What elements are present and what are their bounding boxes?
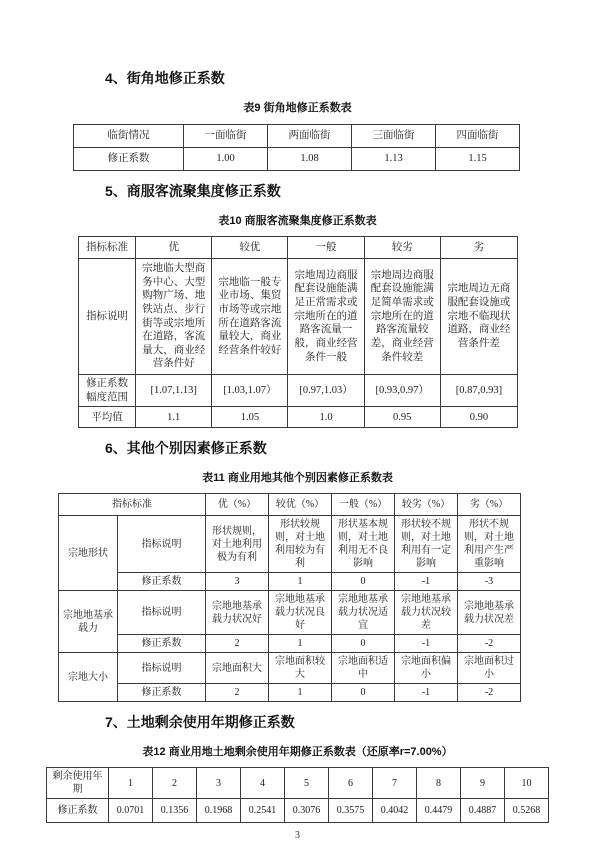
group-label-cell: 宗地形状 <box>59 516 118 591</box>
row-label-cell: 指标说明 <box>79 259 136 375</box>
table11: 指标标准 优（%） 较优（%） 一般（%） 较劣（%） 劣（%） 宗地形状 指标… <box>58 493 521 702</box>
table-cell: 0 <box>332 635 395 653</box>
table-cell: 宗地周边商服配套设施能满足简单需求或宗地所在的道路客流量较差，商业经营条件较差 <box>364 259 440 375</box>
table-cell: 宗地地基承载力状况好 <box>206 591 269 635</box>
table-header-cell: 指标标准 <box>79 237 136 259</box>
table-cell: [1.07,1.13] <box>136 375 212 407</box>
table-cell: 宗地地基承载力状况良好 <box>269 591 332 635</box>
table-cell: -1 <box>395 635 458 653</box>
table-cell: 1 <box>269 684 332 702</box>
table-cell: 0.2541 <box>241 799 285 823</box>
table-row: 临街情况 一面临街 两面临街 三面临街 四面临街 <box>74 125 520 148</box>
document-page: 4、街角地修正系数 表9 街角地修正系数表 临街情况 一面临街 两面临街 三面临… <box>0 0 595 841</box>
table-cell: 0.4479 <box>417 799 461 823</box>
table-cell: 2 <box>206 635 269 653</box>
row-label-cell: 修正系数幅度范围 <box>79 375 136 407</box>
table-header-cell: 指标标准 <box>59 494 206 516</box>
table-row: 宗地地基承载力 指标说明 宗地地基承载力状况好 宗地地基承载力状况良好 宗地地基… <box>59 591 521 635</box>
table-cell: 0 <box>332 573 395 591</box>
table-header-cell: 7 <box>373 768 417 799</box>
table-header-cell: 一面临街 <box>184 125 268 148</box>
table-cell: 宗地周边无商服配套设施或宗地不临现状道路，商业经营条件差 <box>440 259 517 375</box>
table-cell: 1 <box>269 573 332 591</box>
table-cell: 宗地面积大 <box>206 653 269 684</box>
table-cell: 0.3575 <box>329 799 373 823</box>
table-cell: -2 <box>458 635 521 653</box>
table-cell: 1.00 <box>184 148 268 171</box>
table-header-cell: 较优（%） <box>269 494 332 516</box>
table-header-cell: 优（%） <box>206 494 269 516</box>
row-label-cell: 指标说明 <box>118 591 206 635</box>
row-label-cell: 指标说明 <box>118 516 206 573</box>
table10: 指标标准 优 较优 一般 较劣 劣 指标说明 宗地临大型商务中心、大型购物广场、… <box>78 236 518 428</box>
table-header-cell: 4 <box>241 768 285 799</box>
table-cell: 0.1356 <box>153 799 197 823</box>
table-header-cell: 9 <box>461 768 505 799</box>
table-cell: 0.90 <box>440 407 517 428</box>
table-cell: 1.08 <box>268 148 352 171</box>
table-cell: -1 <box>395 684 458 702</box>
row-label-cell: 平均值 <box>79 407 136 428</box>
table-row: 宗地大小 指标说明 宗地面积大 宗地面积较大 宗地面积适中 宗地面积偏小 宗地面… <box>59 653 521 684</box>
group-label-cell: 宗地地基承载力 <box>59 591 118 653</box>
row-label-cell: 修正系数 <box>47 799 109 823</box>
table-header-cell: 较劣 <box>364 237 440 259</box>
table-header-cell: 6 <box>329 768 373 799</box>
table-header-cell: 2 <box>153 768 197 799</box>
table-header-cell: 8 <box>417 768 461 799</box>
table-cell: 宗地临一般专业市场、集贸市场等或宗地所在道路客流量较大，商业经营条件较好 <box>212 259 288 375</box>
table-cell: 1.05 <box>212 407 288 428</box>
table-row: 修正系数 1.00 1.08 1.13 1.15 <box>74 148 520 171</box>
table-header-cell: 3 <box>197 768 241 799</box>
table-header-cell: 1 <box>109 768 153 799</box>
table-cell: 1 <box>269 635 332 653</box>
section-4-heading: 4、街角地修正系数 <box>105 0 595 88</box>
table-row: 指标标准 优 较优 一般 较劣 劣 <box>79 237 518 259</box>
table-cell: 0.0701 <box>109 799 153 823</box>
table-cell: 0.1968 <box>197 799 241 823</box>
table11-caption: 表11 商业用地其他个别因素修正系数表 <box>0 469 595 485</box>
table-row: 修正系数 2 1 0 -1 -2 <box>59 635 521 653</box>
table-cell: 1.15 <box>436 148 520 171</box>
table-header-cell: 临街情况 <box>74 125 184 148</box>
table-cell: 0.4042 <box>373 799 417 823</box>
table-cell: 1.13 <box>352 148 436 171</box>
table-cell: 0.95 <box>364 407 440 428</box>
table-header-cell: 10 <box>505 768 549 799</box>
table-cell: 宗地面积偏小 <box>395 653 458 684</box>
table-row: 宗地形状 指标说明 形状规则，对土地利用极为有利 形状较规则，对土地利用较为有利… <box>59 516 521 573</box>
table-row: 修正系数 3 1 0 -1 -3 <box>59 573 521 591</box>
table-row: 指标标准 优（%） 较优（%） 一般（%） 较劣（%） 劣（%） <box>59 494 521 516</box>
table-cell: 宗地地基承载力状况适宜 <box>332 591 395 635</box>
row-label-cell: 指标说明 <box>118 653 206 684</box>
table-header-cell: 优 <box>136 237 212 259</box>
table-row: 指标说明 宗地临大型商务中心、大型购物广场、地铁站点、步行街等或宗地所在道路，客… <box>79 259 518 375</box>
table-cell: -2 <box>458 684 521 702</box>
table-cell: 形状不规则，对土地利用产生严重影响 <box>458 516 521 573</box>
table-cell: 形状较规则，对土地利用较为有利 <box>269 516 332 573</box>
table-cell: 2 <box>206 684 269 702</box>
table-cell: 0 <box>332 684 395 702</box>
table-cell: 1.0 <box>288 407 364 428</box>
table-header-cell: 较优 <box>212 237 288 259</box>
table-cell: 宗地面积适中 <box>332 653 395 684</box>
table12-caption: 表12 商业用地土地剩余使用年期修正系数表（还原率r=7.00%） <box>0 743 595 759</box>
section-6-heading: 6、其他个别因素修正系数 <box>105 438 595 458</box>
table-row: 修正系数 2 1 0 -1 -2 <box>59 684 521 702</box>
table-cell: 宗地地基承载力状况较差 <box>395 591 458 635</box>
row-label-cell: 剩余使用年期 <box>47 768 109 799</box>
table-cell: 形状规则，对土地利用极为有利 <box>206 516 269 573</box>
table9-caption: 表9 街角地修正系数表 <box>0 99 595 115</box>
row-label-cell: 修正系数 <box>74 148 184 171</box>
table9: 临街情况 一面临街 两面临街 三面临街 四面临街 修正系数 1.00 1.08 … <box>73 124 520 171</box>
table-header-cell: 一般 <box>288 237 364 259</box>
table-cell: -1 <box>395 573 458 591</box>
table-cell: 0.5268 <box>505 799 549 823</box>
table-cell: [0.97,1.03） <box>288 375 364 407</box>
table-cell: [0.87,0.93] <box>440 375 517 407</box>
table-header-cell: 较劣（%） <box>395 494 458 516</box>
table-header-cell: 劣 <box>440 237 517 259</box>
table-row: 平均值 1.1 1.05 1.0 0.95 0.90 <box>79 407 518 428</box>
table-cell: 形状较不规则，对土地利用有一定影响 <box>395 516 458 573</box>
table-cell: 宗地周边商服配套设施能满足正常需求或宗地所在的道路客流量一般，商业经营条件一般 <box>288 259 364 375</box>
table10-caption: 表10 商服客流聚集度修正系数表 <box>0 212 595 228</box>
table-cell: 0.3076 <box>285 799 329 823</box>
table-cell: 1.1 <box>136 407 212 428</box>
table-cell: 3 <box>206 573 269 591</box>
table-header-cell: 四面临街 <box>436 125 520 148</box>
row-label-cell: 修正系数 <box>118 573 206 591</box>
row-label-cell: 修正系数 <box>118 635 206 653</box>
table-cell: 0.4887 <box>461 799 505 823</box>
table-cell: -3 <box>458 573 521 591</box>
section-7-heading: 7、土地剩余使用年期修正系数 <box>105 712 595 732</box>
page-number: 3 <box>0 830 595 841</box>
table-row: 修正系数 0.0701 0.1356 0.1968 0.2541 0.3076 … <box>47 799 549 823</box>
table-row: 修正系数幅度范围 [1.07,1.13] [1.03,1.07） [0.97,1… <box>79 375 518 407</box>
table-cell: 宗地地基承载力状况差 <box>458 591 521 635</box>
table-cell: [0.93,0.97） <box>364 375 440 407</box>
row-label-cell: 修正系数 <box>118 684 206 702</box>
table-cell: 形状基本规则，对土地利用无不良影响 <box>332 516 395 573</box>
table-header-cell: 劣（%） <box>458 494 521 516</box>
table12: 剩余使用年期 1 2 3 4 5 6 7 8 9 10 修正系数 0.0701 … <box>46 767 549 823</box>
table-row: 剩余使用年期 1 2 3 4 5 6 7 8 9 10 <box>47 768 549 799</box>
table-header-cell: 两面临街 <box>268 125 352 148</box>
table-header-cell: 一般（%） <box>332 494 395 516</box>
section-5-heading: 5、商服客流聚集度修正系数 <box>105 181 595 201</box>
table-cell: 宗地面积过小 <box>458 653 521 684</box>
table-header-cell: 三面临街 <box>352 125 436 148</box>
table-header-cell: 5 <box>285 768 329 799</box>
table-cell: [1.03,1.07） <box>212 375 288 407</box>
group-label-cell: 宗地大小 <box>59 653 118 702</box>
table-cell: 宗地面积较大 <box>269 653 332 684</box>
table-cell: 宗地临大型商务中心、大型购物广场、地铁站点、步行街等或宗地所在道路，客流量大，商… <box>136 259 212 375</box>
